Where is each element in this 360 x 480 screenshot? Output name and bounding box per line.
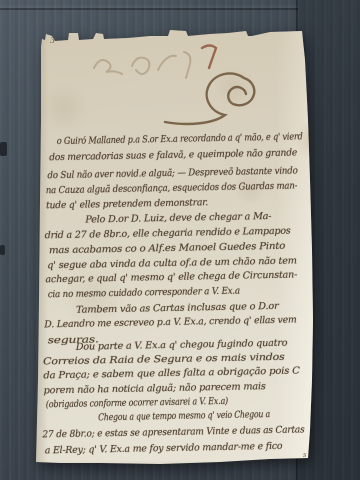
manuscript-line: cia no mesmo cuidado corresponder a V. E…: [48, 286, 240, 302]
manuscript-line: 27 de 8br.o; e estas se apresentaram Vin…: [42, 424, 304, 441]
manuscript-line: (obrigados conforme ocorrer avisarei a V…: [46, 396, 228, 411]
manuscript-line: D. Leandro me escreveo p.a V. Ex.a, cren…: [44, 314, 296, 331]
bottom-right-ink-mark: s: [303, 451, 307, 459]
manuscript-line: dos mercadorias suas e falavã, e queimpo…: [49, 147, 297, 164]
manuscript-line: a El-Rey; q' V. Ex.a me foy servido mand…: [45, 441, 283, 458]
manuscript-line: Chegou a que tempo mesmo q' veio Chegou …: [98, 409, 270, 424]
top-left-ink-mark: 3: [50, 36, 55, 45]
manuscript-line: drid a 27 de 8br.o, elle chegaria rendid…: [45, 226, 291, 243]
manuscript-line: tude q' elles pretendem demonstrar.: [46, 197, 208, 212]
handwriting-block: o Guiró Mallaned p.a S.or Ex.a recordand…: [0, 0, 360, 480]
manuscript-line: do Sul não aver novid.e alguã; — Desprev…: [47, 165, 297, 182]
manuscript-line: mas acabamos co o Alf.es Manoel Guedes P…: [49, 241, 285, 258]
manuscript-line: achegar, e qual q' mesmo q' elle chega d…: [45, 269, 297, 286]
manuscript-line: o Guiró Mallaned p.a S.or Ex.a recordand…: [57, 131, 303, 148]
photographed-manuscript-scene: o Guiró Mallaned p.a S.or Ex.a recordand…: [0, 0, 360, 480]
manuscript-line: Pelo D.or D. Luiz, deve de chegar a Ma-: [85, 211, 271, 227]
manuscript-line: Tambem vão as Cartas inclusas que o D.or: [76, 301, 279, 317]
manuscript-line: porem não ha noticia alguã; não parecem …: [44, 381, 266, 397]
manuscript-line: na Cauza alguã desconfiança, esquecidos …: [46, 180, 298, 197]
manuscript-line: da Praça; e sabem que alles falta a obri…: [43, 365, 300, 382]
